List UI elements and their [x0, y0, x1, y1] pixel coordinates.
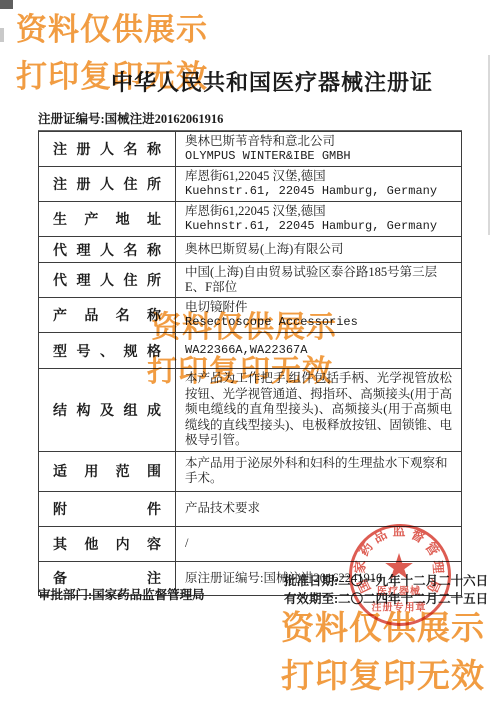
- table-row-attachment: 附件 产品技术要求: [39, 491, 462, 526]
- approval-department-label: 审批部门:: [38, 588, 92, 602]
- row-value: 库恩街61,22045 汉堡,德国 Kuehnstr.61, 22045 Ham…: [176, 167, 462, 202]
- watermark-copy-invalid-middle: 打印复印无效: [147, 357, 333, 387]
- table-row-registrant-address: 注册人住所 库恩街61,22045 汉堡,德国 Kuehnstr.61, 220…: [39, 167, 462, 202]
- table-row-production-address: 生产地址 库恩街61,22045 汉堡,德国 Kuehnstr.61, 2204…: [39, 202, 462, 237]
- row-label: 适用范围: [39, 451, 176, 491]
- seal-arc-char: 管: [423, 540, 441, 558]
- seal-arc-char: 国: [355, 578, 372, 595]
- row-value: 库恩街61,22045 汉堡,德国 Kuehnstr.61, 22045 Ham…: [176, 202, 462, 237]
- value-line-cn: 奥林巴斯贸易(上海)有限公司: [185, 242, 452, 257]
- row-label: 生产地址: [39, 202, 176, 237]
- certificate-page: 中华人民共和国医疗器械注册证 注册证编号:国械注进20162061916 注册人…: [0, 0, 499, 707]
- registration-number-line: 注册证编号:国械注进20162061916: [38, 109, 462, 131]
- row-value: 产品技术要求: [176, 491, 462, 526]
- watermark-display-only-middle: 资料仅供展示: [151, 313, 337, 343]
- seal-arc-char: 理: [431, 561, 445, 575]
- value-line-cn: 本产品用于泌尿外科和妇科的生理盐水下观察和手术。: [185, 456, 452, 486]
- table-row-agent-name: 代理人名称 奥林巴斯贸易(上海)有限公司: [39, 237, 462, 263]
- row-label: 代理人名称: [39, 237, 176, 263]
- row-value: 中国(上海)自由贸易试验区泰谷路185号第三层E、F部位: [176, 263, 462, 298]
- seal-arc-char: 局: [426, 578, 443, 595]
- value-line-en: Kuehnstr.61, 22045 Hamburg, Germany: [185, 219, 452, 234]
- registration-number-label: 注册证编号:: [38, 112, 105, 126]
- approval-date-label: 批准日期:: [284, 574, 338, 588]
- value-line-en: OLYMPUS WINTER&IBE GMBH: [185, 149, 452, 164]
- table-row-intended-use: 适用范围 本产品用于泌尿外科和妇科的生理盐水下观察和手术。: [39, 451, 462, 491]
- seal-arc-char: 药: [357, 540, 375, 558]
- value-line-en: Kuehnstr.61, 22045 Hamburg, Germany: [185, 184, 452, 199]
- watermark-copy-invalid-bottom: 打印复印无效: [281, 659, 485, 692]
- scan-edge-smudge: [0, 28, 4, 42]
- scan-edge-shadow: [488, 55, 490, 235]
- watermark-display-only-bottom: 资料仅供展示: [281, 611, 485, 644]
- value-line-cn: 中国(上海)自由贸易试验区泰谷路185号第三层E、F部位: [185, 265, 452, 295]
- table-row-agent-address: 代理人住所 中国(上海)自由贸易试验区泰谷路185号第三层E、F部位: [39, 263, 462, 298]
- watermark-copy-invalid-top: 打印复印无效: [16, 61, 208, 92]
- value-line-cn: 库恩街61,22045 汉堡,德国: [185, 204, 452, 219]
- seal-arc-char: 品: [371, 527, 389, 545]
- seal-inner-line1: 医疗器械: [377, 583, 421, 598]
- registration-number-value: 国械注进20162061916: [105, 112, 224, 126]
- row-label: 其他内容: [39, 526, 176, 561]
- row-value: 奥林巴斯苇音特和意北公司 OLYMPUS WINTER&IBE GMBH: [176, 132, 462, 167]
- valid-until-label: 有效期至:: [284, 592, 338, 606]
- row-label: 代理人住所: [39, 263, 176, 298]
- value-line-cn: 产品技术要求: [185, 501, 452, 516]
- seal-arc-char: 监: [392, 525, 405, 538]
- row-value: 本产品用于泌尿外科和妇科的生理盐水下观察和手术。: [176, 451, 462, 491]
- row-label: 注册人名称: [39, 132, 176, 167]
- seal-arc-char: 督: [409, 527, 427, 545]
- table-row-registrant-name: 注册人名称 奥林巴斯苇音特和意北公司 OLYMPUS WINTER&IBE GM…: [39, 132, 462, 167]
- value-line-cn: 奥林巴斯苇音特和意北公司: [185, 134, 452, 149]
- approval-department-line: 审批部门:国家药品监督管理局: [38, 585, 205, 603]
- row-label: 注册人住所: [39, 167, 176, 202]
- value-line-cn: 库恩街61,22045 汉堡,德国: [185, 169, 452, 184]
- row-value: 奥林巴斯贸易(上海)有限公司: [176, 237, 462, 263]
- seal-arc-char: 家: [353, 561, 367, 575]
- star-icon: ★: [383, 550, 415, 586]
- approval-department-value: 国家药品监督管理局: [92, 588, 205, 602]
- watermark-display-only-top: 资料仅供展示: [16, 14, 208, 45]
- scan-corner-artifact: [0, 0, 13, 9]
- row-label: 附件: [39, 491, 176, 526]
